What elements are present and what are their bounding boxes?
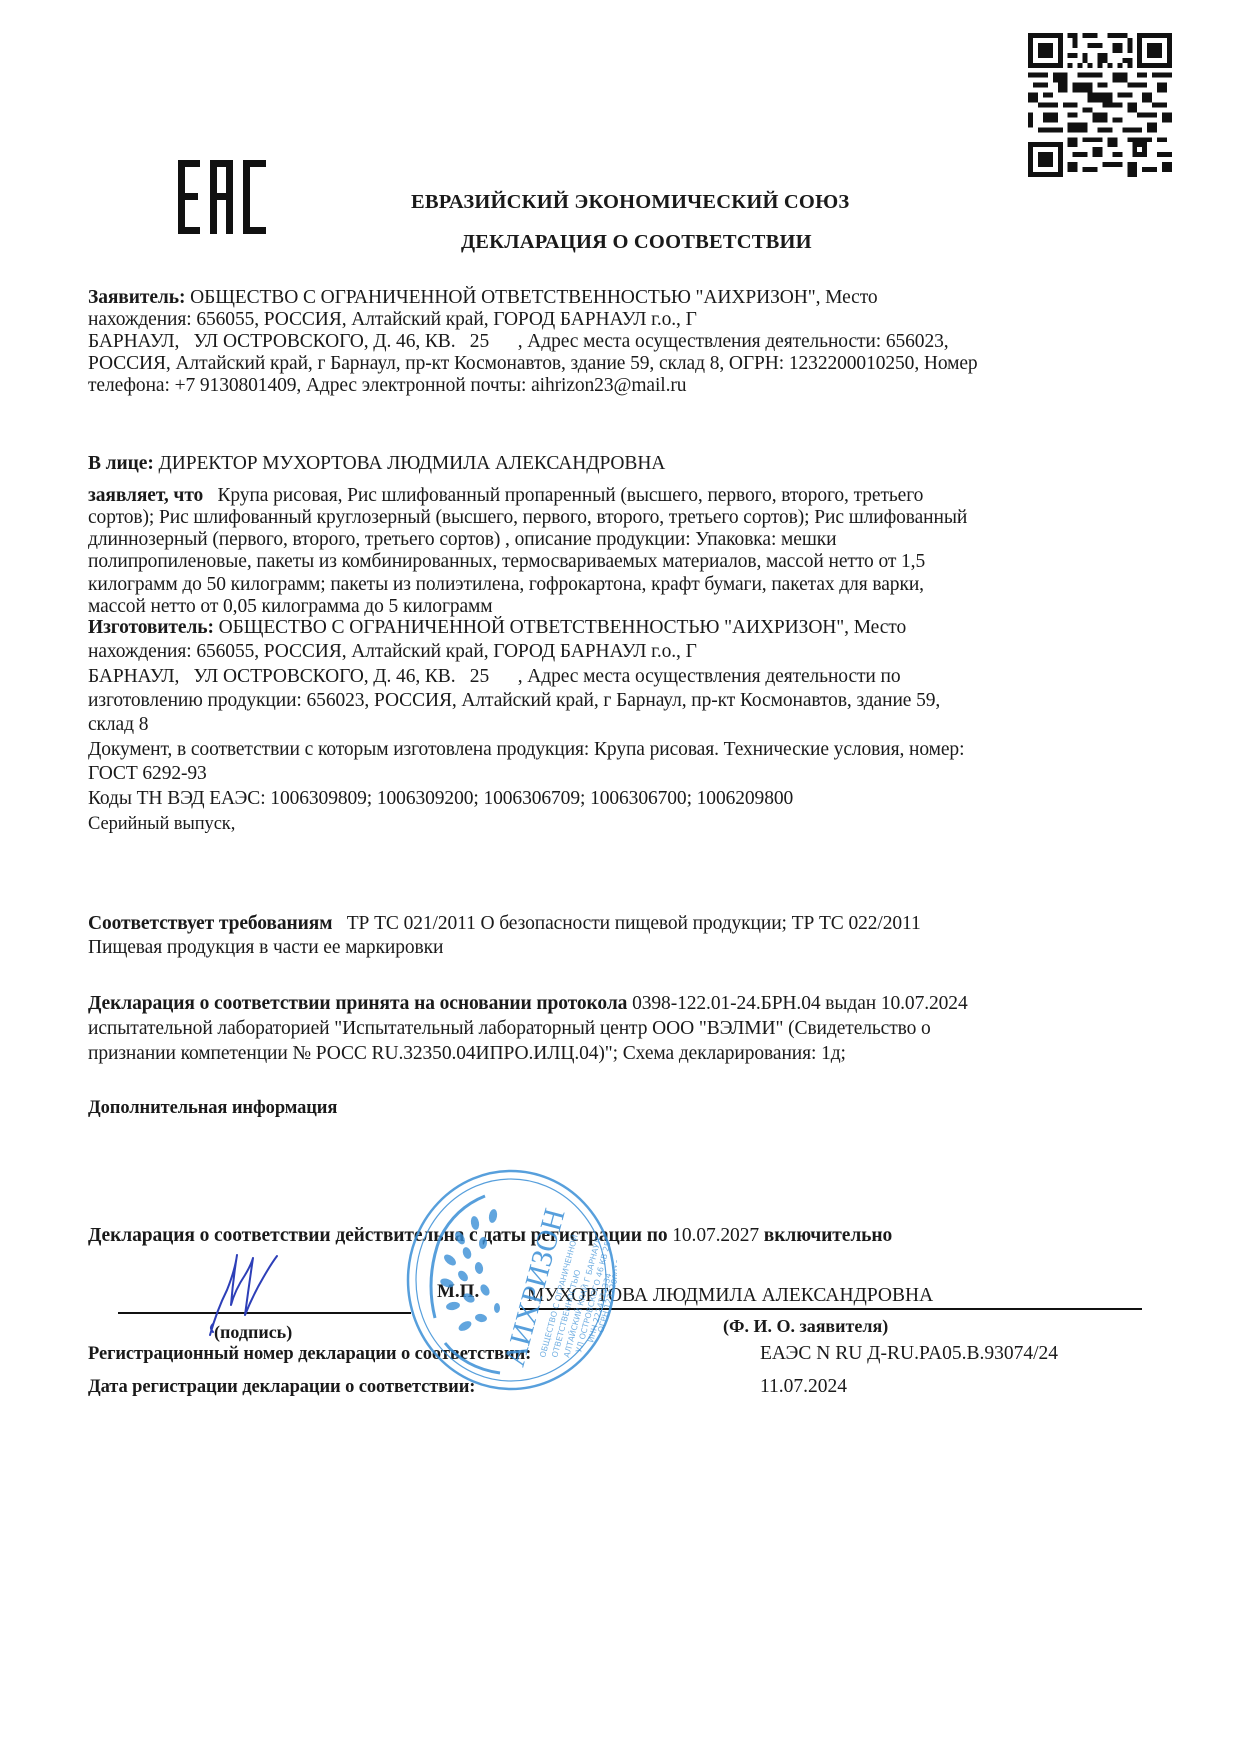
registration-number-value: ЕАЭС N RU Д-RU.PA05.B.93074/24 [760, 1343, 1058, 1365]
declares-line-4: полипропиленовые, пакеты из комбинирован… [88, 551, 925, 573]
manufacturer-line-4: изготовлению продукции: 656023, РОССИЯ, … [88, 690, 940, 712]
declares-line-3: длиннозерный (первого, второго, третьего… [88, 529, 836, 551]
qr-code-icon [1028, 33, 1172, 177]
protocol-label: Декларация о соответствии принята на осн… [88, 993, 627, 1014]
document-title: ДЕКЛАРАЦИЯ О СООТВЕТСТВИИ [461, 231, 812, 254]
applicant-line-3: БАРНАУЛ, УЛ ОСТРОВСКОГО, Д. 46, КВ. 25 ,… [88, 331, 949, 353]
applicant-line-1: Заявитель: ОБЩЕСТВО С ОГРАНИЧЕННОЙ ОТВЕТ… [88, 287, 878, 309]
compliance-label: Соответствует требованиям [88, 913, 332, 934]
representative-value: ДИРЕКТОР МУХОРТОВА ЛЮДМИЛА АЛЕКСАНДРОВНА [154, 453, 666, 474]
name-caption: (Ф. И. О. заявителя) [723, 1316, 888, 1337]
declares-label: заявляет, что [88, 485, 203, 506]
applicant-line-2: нахождения: 656055, РОССИЯ, Алтайский кр… [88, 309, 697, 331]
declares-line-6: массой нетто от 0,05 килограмма до 5 кил… [88, 596, 493, 618]
protocol-line-1: Декларация о соответствии принята на осн… [88, 993, 968, 1015]
applicant-line-5: телефона: +7 9130801409, Адрес электронн… [88, 375, 686, 397]
registration-date-value: 11.07.2024 [760, 1376, 847, 1398]
serial-release: Серийный выпуск, [88, 813, 235, 835]
tn-ved-codes: Коды ТН ВЭД ЕАЭС: 1006309809; 1006309200… [88, 788, 793, 810]
protocol-line-2: испытательной лабораторией "Испытательны… [88, 1018, 931, 1040]
manufacturer-line-2: нахождения: 656055, РОССИЯ, Алтайский кр… [88, 641, 697, 663]
company-seal-icon: АИХРИЗОН ОБЩЕСТВО С ОГРАНИЧЕННОЙ ОТВЕТСТ… [405, 1168, 617, 1392]
manufacturer-line-3: БАРНАУЛ, УЛ ОСТРОВСКОГО, Д. 46, КВ. 25 ,… [88, 666, 901, 688]
eac-logo-icon [178, 160, 266, 234]
applicant-line-4: РОССИЯ, Алтайский край, г Барнаул, пр-кт… [88, 353, 978, 375]
declares-line-2: сортов); Рис шлифованный круглозерный (в… [88, 507, 967, 529]
manufacturer-line-5: склад 8 [88, 714, 148, 736]
validity-date: 10.07.2027 [667, 1225, 763, 1246]
document-basis-line-2: ГОСТ 6292-93 [88, 763, 207, 785]
manufacturer-label: Изготовитель: [88, 617, 214, 638]
additional-info-label: Дополнительная информация [88, 1097, 337, 1119]
compliance-line-2: Пищевая продукция в части ее маркировки [88, 937, 443, 959]
declares-line-1: заявляет, что Крупа рисовая, Рис шлифова… [88, 485, 923, 507]
compliance-line-1: Соответствует требованиям ТР ТС 021/2011… [88, 913, 921, 935]
applicant-label: Заявитель: [88, 287, 185, 308]
representative-label: В лице: [88, 453, 154, 474]
protocol-line-3: признании компетенции № РОСС RU.32350.04… [88, 1043, 846, 1065]
union-title: ЕВРАЗИЙСКИЙ ЭКОНОМИЧЕСКИЙ СОЮЗ [411, 191, 849, 214]
representative-line: В лице: ДИРЕКТОР МУХОРТОВА ЛЮДМИЛА АЛЕКС… [88, 453, 665, 475]
declares-line-5: килограмм до 50 килограмм; пакеты из пол… [88, 574, 924, 596]
handwritten-signature-icon [205, 1250, 285, 1340]
document-basis-line-1: Документ, в соответствии с которым изгот… [88, 739, 964, 761]
manufacturer-line-1: Изготовитель: ОБЩЕСТВО С ОГРАНИЧЕННОЙ ОТ… [88, 617, 906, 639]
